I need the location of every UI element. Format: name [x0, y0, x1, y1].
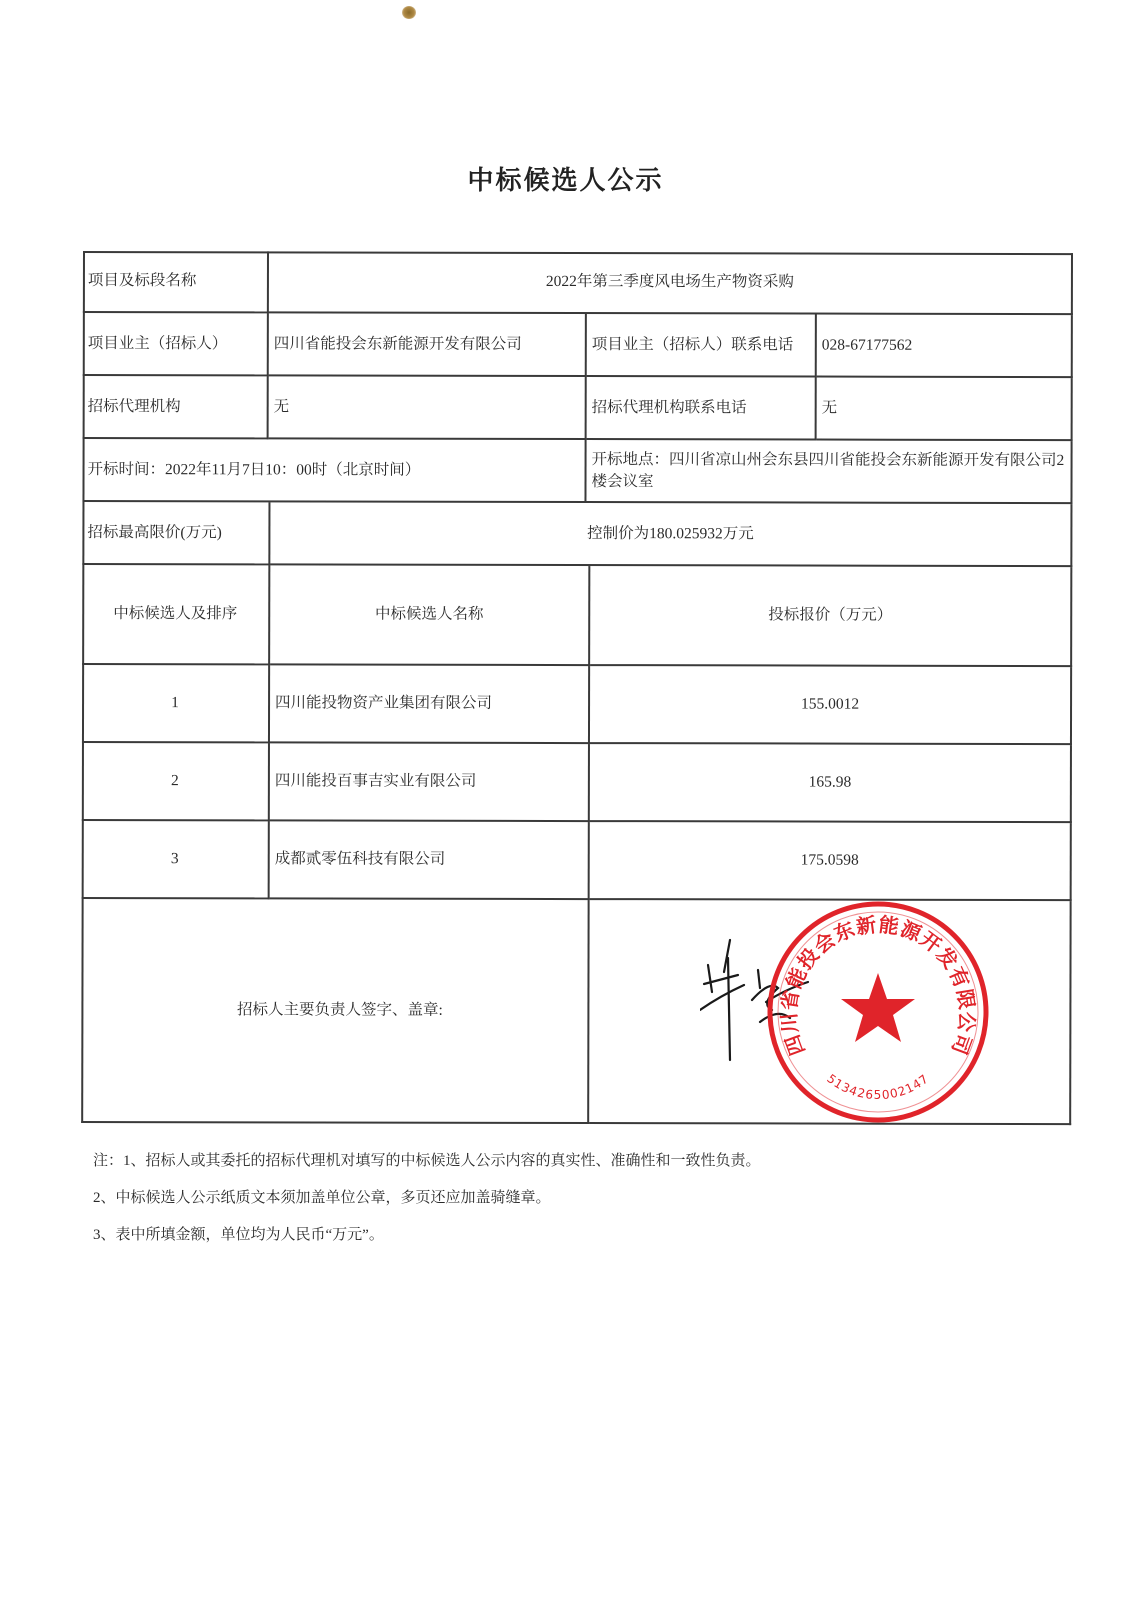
owner-phone-value: 028-67177562	[817, 315, 1073, 379]
candidate-price: 175.0598	[590, 822, 1072, 901]
candidate-name: 成都贰零伍科技有限公司	[270, 821, 590, 900]
note-1: 注：1、招标人或其委托的招标代理机对填写的中标候选人公示内容的真实性、准确性和一…	[93, 1150, 761, 1187]
candidate-rank: 3	[82, 821, 270, 899]
agency-phone-value: 无	[817, 378, 1073, 442]
candidate-price: 155.0012	[590, 666, 1072, 745]
star-icon	[841, 973, 915, 1042]
scan-smudge	[402, 6, 416, 19]
opening-place: 开标地点：四川省凉山州会东县四川省能投会东新能源开发有限公司2楼会议室	[586, 440, 1072, 504]
opening-time: 开标时间：2022年11月7日10：00时（北京时间）	[82, 439, 586, 503]
owner-value: 四川省能投会东新能源开发有限公司	[269, 313, 587, 377]
note-2: 2、中标候选人公示纸质文本须加盖单位公章，多页还应加盖骑缝章。	[93, 1187, 761, 1224]
header-rank: 中标候选人及排序	[82, 565, 270, 665]
seal-number: 5134265002147	[824, 1071, 931, 1102]
candidate-name: 四川能投物资产业集团有限公司	[270, 665, 590, 744]
company-seal: 四川省能投会东新能源开发有限公司 5134265002147	[763, 897, 993, 1127]
svg-text:5134265002147: 5134265002147	[824, 1071, 931, 1102]
candidate-price: 165.98	[590, 744, 1072, 823]
notes: 注：1、招标人或其委托的招标代理机对填写的中标候选人公示内容的真实性、准确性和一…	[93, 1150, 761, 1261]
header-price: 投标报价（万元）	[590, 566, 1072, 667]
header-name: 中标候选人名称	[270, 565, 590, 666]
agency-label: 招标代理机构	[83, 376, 269, 439]
candidate-name: 四川能投百事吉实业有限公司	[270, 743, 590, 822]
note-3: 3、表中所填金额，单位均为人民币“万元”。	[93, 1224, 761, 1261]
max-price-label: 招标最高限价(万元)	[82, 502, 270, 565]
agency-value: 无	[269, 376, 587, 440]
project-name-label: 项目及标段名称	[83, 251, 269, 313]
owner-phone-label: 项目业主（招标人）联系电话	[587, 314, 817, 377]
signature-label: 招标人主要负责人签字、盖章:	[81, 899, 589, 1124]
project-name-value: 2022年第三季度风电场生产物资采购	[269, 251, 1073, 315]
document-title: 中标候选人公示	[0, 160, 1131, 197]
candidate-rank: 1	[82, 665, 270, 743]
agency-phone-label: 招标代理机构联系电话	[587, 377, 817, 440]
candidate-rank: 2	[82, 743, 270, 821]
owner-label: 项目业主（招标人）	[83, 313, 269, 376]
max-price-value: 控制价为180.025932万元	[270, 502, 1072, 567]
